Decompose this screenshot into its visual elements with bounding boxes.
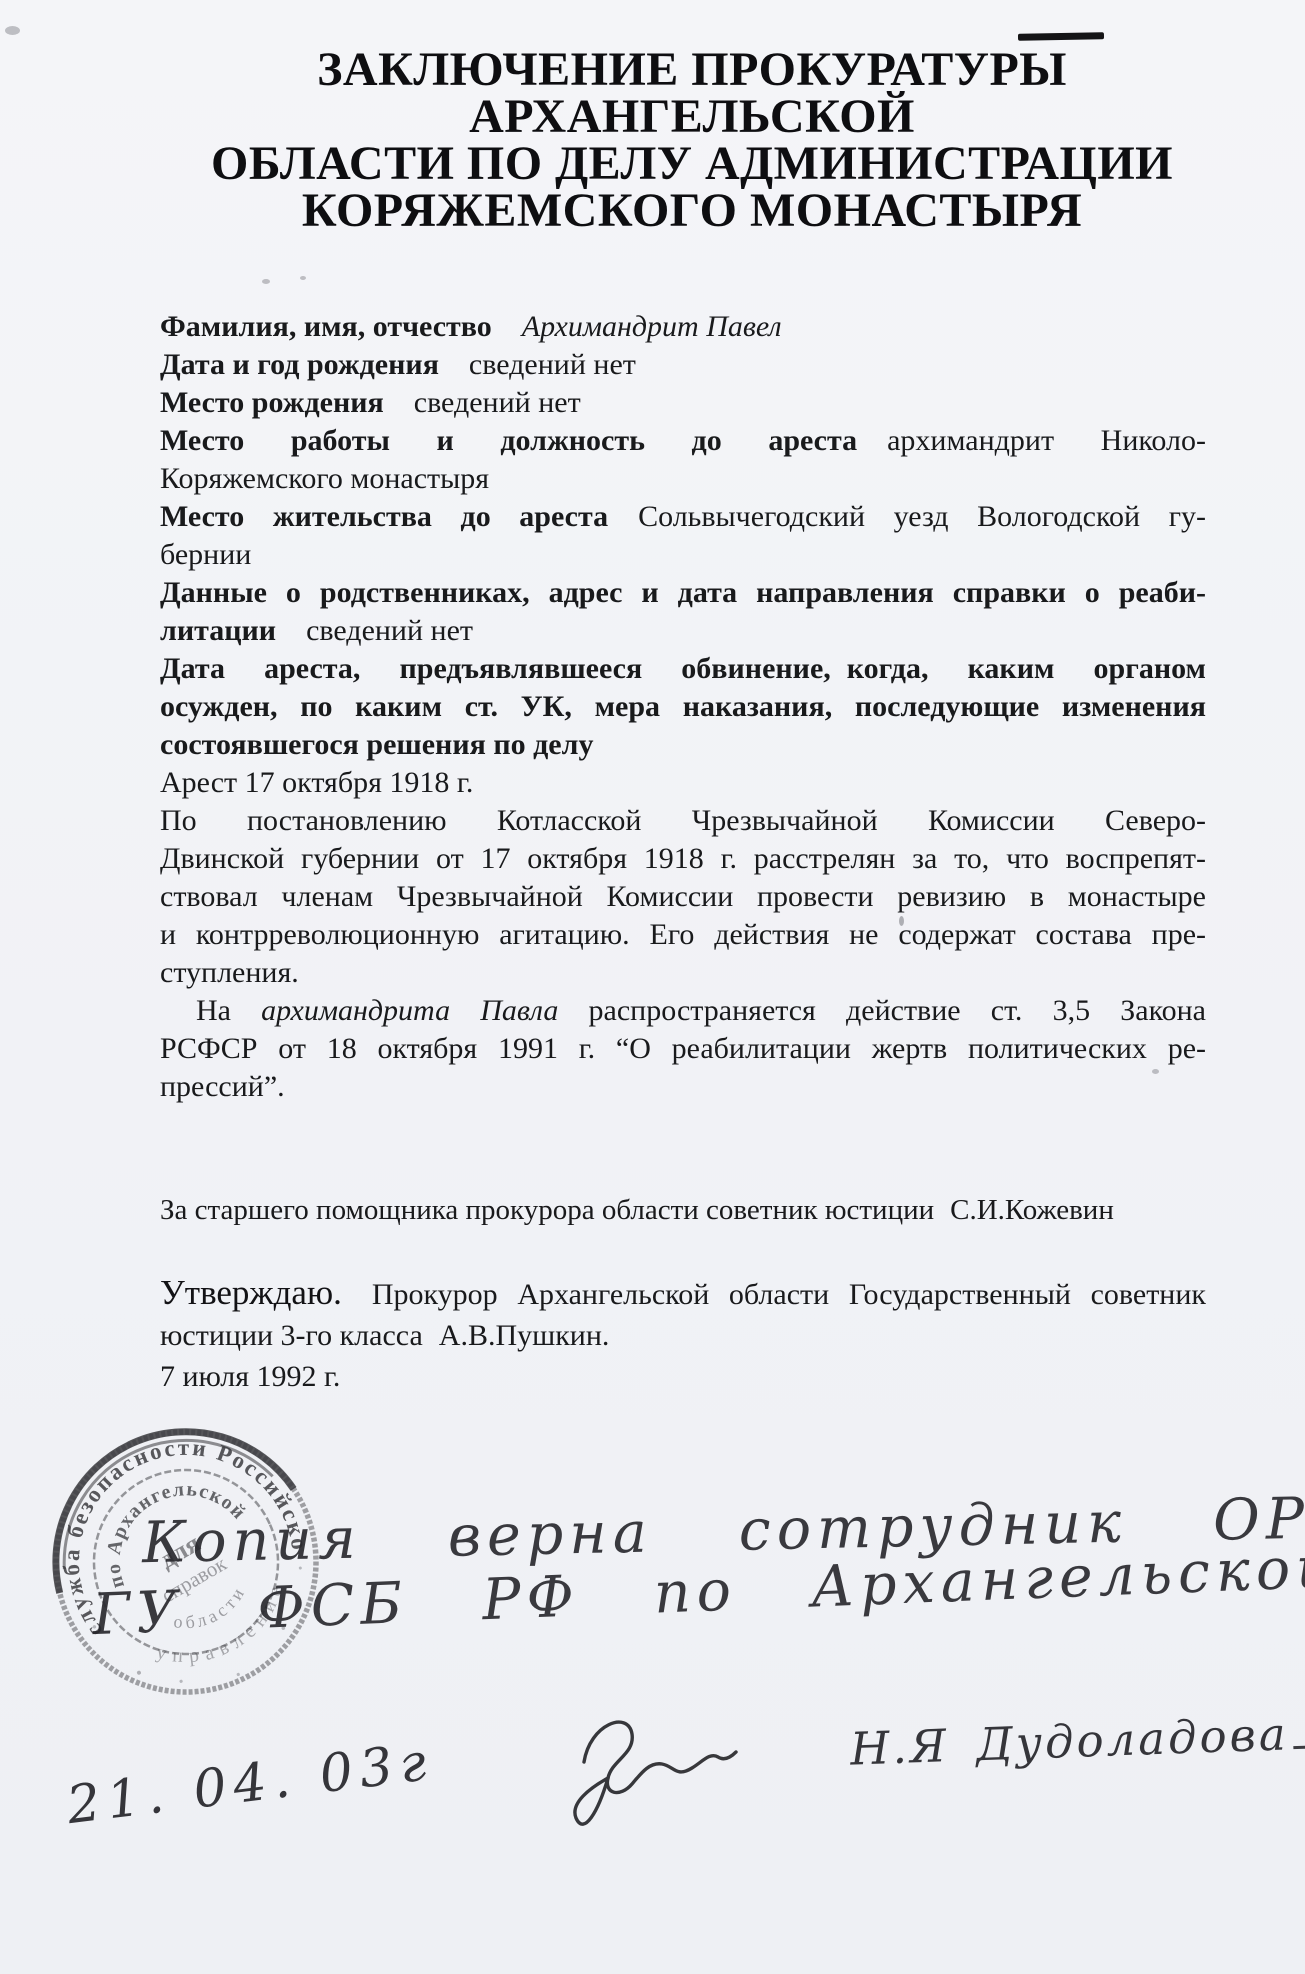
text-line: юстиции 3-го классаА.В.Пушкин.: [160, 1315, 1206, 1356]
text-line: Утверждаю.Прокурор Архангельской области…: [160, 1272, 1206, 1315]
text-run: Архимандрит Павел: [522, 310, 782, 343]
text-run: состоявшегося решения по делу: [160, 728, 593, 761]
text-line: бернии: [160, 536, 1206, 574]
text-run: Прокурор Архангельской области Государст…: [372, 1278, 1206, 1311]
text-run: По постановлению Котласской Чрезвычайной…: [160, 804, 1206, 837]
text-run: бернии: [160, 538, 251, 571]
scan-artifact-dash: [1018, 32, 1104, 40]
text-line: 7 июля 1992 г.: [160, 1356, 1206, 1397]
text-line: Место работы и должность до арестаархима…: [160, 422, 1206, 460]
text-line: Фамилия, имя, отчествоАрхимандрит Павел: [160, 308, 1206, 346]
text-run: А.В.Пушкин.: [439, 1319, 610, 1352]
text-run: Сольвычегодский уезд Вологодской гу-: [638, 500, 1206, 533]
text-line: На архимандрита Павла распространяется д…: [160, 992, 1206, 1030]
text-line: За старшего помощника прокурора области …: [160, 1192, 1206, 1229]
text-run: ствовал членам Чрезвычайной Комиссии про…: [160, 880, 1206, 913]
text-run: сведений нет: [414, 386, 581, 419]
text-line: литациисведений нет: [160, 612, 1206, 650]
text-run: Фамилия, имя, отчество: [160, 310, 492, 343]
text-run: Утверждаю.: [160, 1273, 342, 1312]
text-run: сведений нет: [306, 614, 473, 647]
text-run: РСФСР от 18 октября 1991 г. “О реабилита…: [160, 1032, 1206, 1065]
text-run: Дата и год рождения: [160, 348, 439, 381]
text-run: юстиции 3-го класса: [160, 1319, 423, 1352]
handwritten-name: Н.Я Дудоладова: [849, 1705, 1305, 1775]
text-line: Дата ареста, предъявлявшееся обвинение,к…: [160, 650, 1206, 688]
text-line: осужден, по каким ст. УК, мера наказания…: [160, 688, 1206, 726]
signature-tail-stroke: [1293, 1744, 1305, 1749]
text-run: 7 июля 1992 г.: [160, 1360, 340, 1393]
text-run: Коряжемского монастыря: [160, 462, 489, 495]
signoff-line: За старшего помощника прокурора области …: [160, 1192, 1206, 1229]
text-run: Место жительства до ареста: [160, 500, 608, 533]
text-line: Место жительства до арестаСольвычегодски…: [160, 498, 1206, 536]
text-run: На: [196, 994, 261, 1027]
scan-speck: [5, 26, 20, 35]
text-run: осужден, по каким ст. УК, мера наказания…: [160, 690, 1206, 723]
text-run: Место работы и должность до ареста: [160, 424, 857, 457]
text-run: архимандрита Павла: [261, 994, 558, 1027]
text-line: Двинской губернии от 17 октября 1918 г. …: [160, 840, 1206, 878]
text-line: Место рождениясведений нет: [160, 384, 1206, 422]
text-line: ступления.: [160, 954, 1206, 992]
document-body: Фамилия, имя, отчествоАрхимандрит ПавелД…: [160, 308, 1206, 1106]
approval-block: Утверждаю.Прокурор Архангельской области…: [160, 1272, 1206, 1397]
text-run: Место рождения: [160, 386, 384, 419]
text-run: За старшего помощника прокурора области …: [160, 1194, 934, 1226]
text-line: состоявшегося решения по делу: [160, 726, 1206, 764]
handwritten-date: 21. 04. 03г: [64, 1732, 436, 1836]
text-run: Двинской губернии от 17 октября 1918 г. …: [160, 842, 1206, 875]
text-run: сведений нет: [469, 348, 636, 381]
text-run: ступления.: [160, 956, 299, 989]
text-line: По постановлению Котласской Чрезвычайной…: [160, 802, 1206, 840]
text-line: прессий”.: [160, 1068, 1206, 1106]
text-run: Арест 17 октября 1918 г.: [160, 766, 473, 799]
text-line: РСФСР от 18 октября 1991 г. “О реабилита…: [160, 1030, 1206, 1068]
text-run: когда, каким органом: [847, 652, 1206, 685]
text-run: распространяется действие ст. 3,5 Закона: [558, 994, 1206, 1027]
title-line: КОРЯЖЕМСКОГО МОНАСТЫРЯ: [122, 187, 1262, 234]
text-line: Арест 17 октября 1918 г.: [160, 764, 1206, 802]
text-run: и контрреволюционную агитацию. Его дейст…: [160, 918, 1206, 951]
text-run: Дата ареста, предъявлявшееся обвинение,: [160, 652, 831, 685]
text-run: архимандрит Николо-: [887, 424, 1206, 457]
title-line: ЗАКЛЮЧЕНИЕ ПРОКУРАТУРЫ АРХАНГЕЛЬСКОЙ: [122, 46, 1262, 140]
text-line: Данные о родственниках, адрес и дата нап…: [160, 574, 1206, 612]
scan-speck: [262, 279, 270, 284]
text-run: Данные о родственниках, адрес и дата нап…: [160, 576, 1206, 609]
scanned-document-page: ЗАКЛЮЧЕНИЕ ПРОКУРАТУРЫ АРХАНГЕЛЬСКОЙ ОБЛ…: [0, 0, 1305, 1974]
text-run: литации: [160, 614, 276, 647]
text-run: С.И.Кожевин: [950, 1194, 1114, 1226]
text-line: ствовал членам Чрезвычайной Комиссии про…: [160, 878, 1206, 916]
signature-squiggle: [550, 1700, 760, 1850]
title-line: ОБЛАСТИ ПО ДЕЛУ АДМИНИСТРАЦИИ: [122, 140, 1262, 187]
scan-speck: [300, 276, 306, 280]
text-line: и контрреволюционную агитацию. Его дейст…: [160, 916, 1206, 954]
text-line: Дата и год рождениясведений нет: [160, 346, 1206, 384]
document-title: ЗАКЛЮЧЕНИЕ ПРОКУРАТУРЫ АРХАНГЕЛЬСКОЙ ОБЛ…: [122, 46, 1262, 234]
text-line: Коряжемского монастыря: [160, 460, 1206, 498]
text-run: прессий”.: [160, 1070, 285, 1103]
handwritten-name-text: Н.Я Дудоладова: [849, 1707, 1289, 1775]
